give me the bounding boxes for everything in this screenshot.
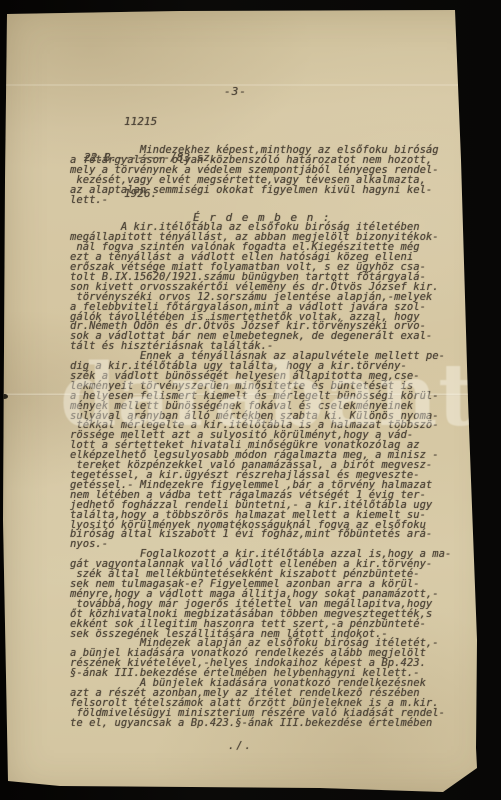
scanned-document: -3- 11215 22.B.--------/83 sz. 1926. Min… (0, 0, 501, 800)
paragraph-intro: Mindezekhez képest,minthogy az elsőfoku … (70, 146, 454, 205)
fold-crease-top (0, 84, 501, 86)
paragraph-ruling: Foglalkozott a kir.itélőtábla azzal is,h… (70, 550, 454, 728)
paragraph-findings: A kir.itélőtábla az elsőfoku biróság ité… (70, 223, 454, 352)
paper-page: -3- 11215 22.B.--------/83 sz. 1926. Min… (0, 0, 501, 800)
continuation-mark: ./. (70, 742, 454, 752)
paper-speck (1, 394, 8, 399)
docket-registry-number: 11215 (84, 116, 216, 128)
paragraph-assessment: Ennek a tényállásnak az alapulvétele mel… (70, 352, 454, 550)
document-body: Mindezekhez képest,minthogy az elsőfoku … (70, 146, 454, 751)
page-number: -3- (224, 85, 247, 98)
